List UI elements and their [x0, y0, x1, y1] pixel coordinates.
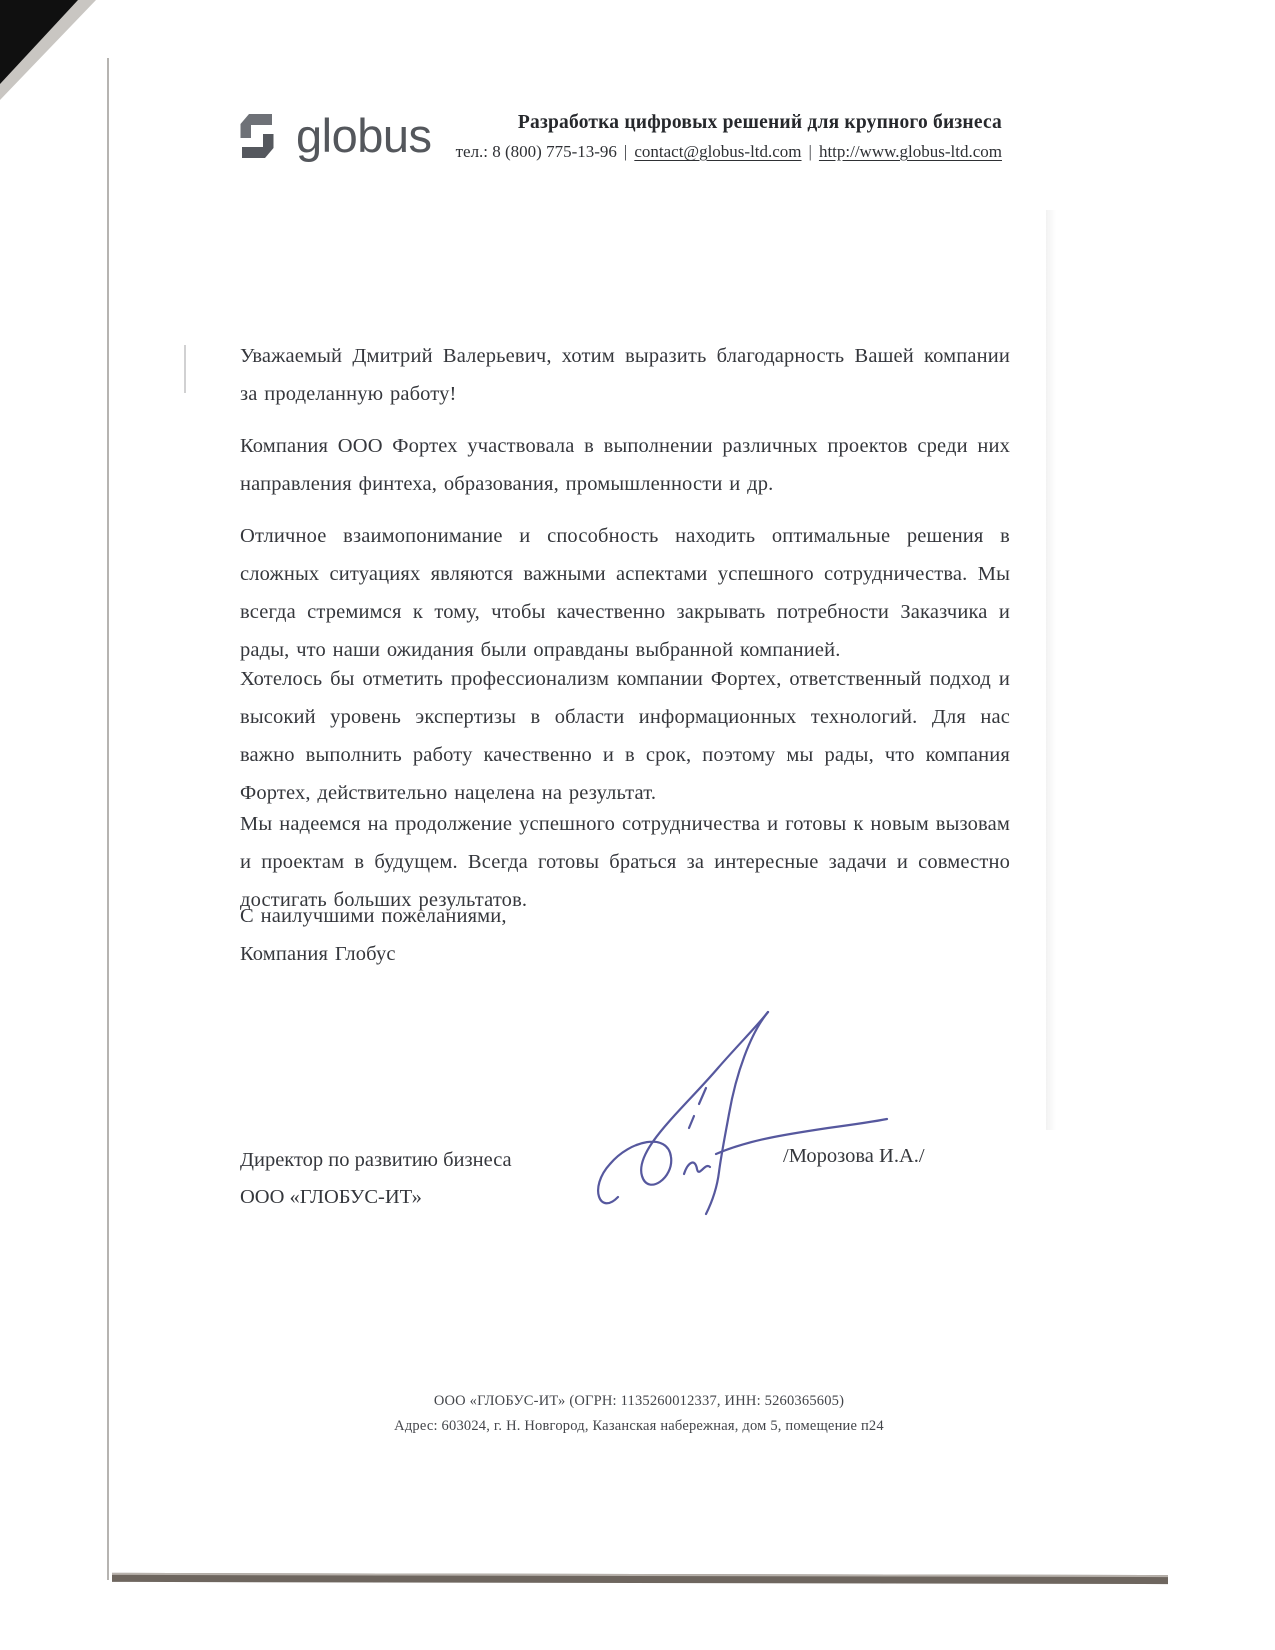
footer-company-line: ООО «ГЛОБУС-ИТ» (ОГРН: 1135260012337, ИН…: [110, 1389, 1168, 1414]
paper-right-shadow: [1046, 210, 1056, 1130]
letterhead-contact-block: Разработка цифровых решений для крупного…: [456, 111, 1002, 163]
footer-address-line: Адрес: 603024, г. Н. Новгород, Казанская…: [110, 1414, 1168, 1439]
paragraph-professionalism: Хотелось бы отметить профессионализм ком…: [240, 660, 1010, 812]
footer-requisites: ООО «ГЛОБУС-ИТ» (ОГРН: 1135260012337, ИН…: [110, 1389, 1168, 1439]
closing-company: Компания Глобус: [240, 935, 1010, 973]
scanned-letter-page: globus Разработка цифровых решений для к…: [0, 0, 1275, 1650]
company-logo: globus: [232, 108, 432, 164]
scan-scratch-mark: [184, 345, 186, 393]
handwritten-signature: [588, 992, 893, 1220]
signer-name: /Морозова И.А./: [783, 1145, 925, 1168]
paragraph-projects: Компания ООО Фортех участвовала в выполн…: [240, 427, 1010, 503]
paragraph-greeting: Уважаемый Дмитрий Валерьевич, хотим выра…: [240, 337, 1010, 413]
phone-number: тел.: 8 (800) 775-13-96: [456, 142, 617, 161]
website-link: http://www.globus-ltd.com: [819, 142, 1002, 161]
paragraph-cooperation: Отличное взаимопонимание и способность н…: [240, 517, 1010, 669]
email-link: contact@globus-ltd.com: [634, 142, 801, 161]
company-tagline: Разработка цифровых решений для крупного…: [456, 111, 1002, 135]
contact-line: тел.: 8 (800) 775-13-96|contact@globus-l…: [456, 141, 1002, 163]
globus-s-icon: [232, 108, 282, 164]
closing-regards: С наилучшими пожеланиями,: [240, 897, 1010, 935]
paper-left-edge: [107, 58, 109, 1580]
separator: |: [624, 142, 627, 161]
closing-block: С наилучшими пожеланиями, Компания Глобу…: [240, 897, 1010, 973]
separator: |: [809, 142, 812, 161]
paper-bottom-edge: [112, 1573, 1168, 1584]
logo-wordmark: globus: [296, 108, 432, 164]
